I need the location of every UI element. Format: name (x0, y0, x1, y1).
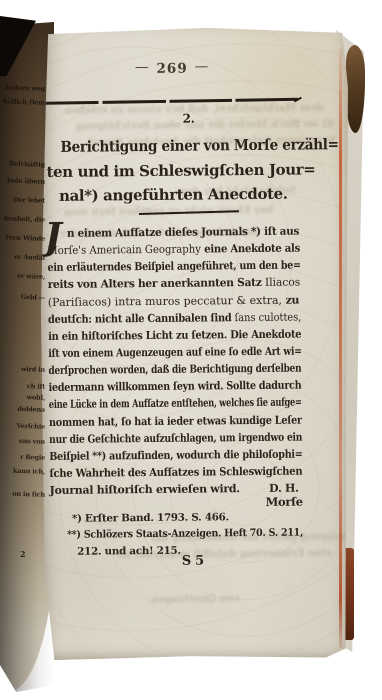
antiqua-text: (Pariſiacos) intra muros peccatur & extr… (48, 293, 282, 308)
body-line: ſche Wahrheit des Aufſatzes im Schleswig… (49, 463, 279, 482)
header-dash-left: — (128, 59, 157, 75)
section-rule (44, 98, 298, 105)
page-content: —269— 2. Berichtigung einer von Morſe er… (45, 23, 304, 661)
verso-text-fragment: Geld — (0, 292, 45, 302)
verso-text-fragment: Verſchie (0, 421, 45, 431)
fraktur-text: nommen hat, ſo hat ia ieder etwas kundig… (49, 413, 302, 428)
verso-text-fragment: doldena (0, 404, 45, 414)
heading-line: Berichtigung einer von Morſe erzähl= (46, 133, 299, 160)
verso-text-fragment: Tode übern (0, 176, 45, 186)
body-line: Beiſpiel **) aufzufinden, wodurch die ph… (49, 446, 269, 465)
fraktur-text: ein erläuterndes Beiſpiel angeführet, um… (47, 259, 300, 274)
body-text: J n einem Aufſatze dieſes Journals *) iſ… (47, 223, 303, 500)
section-number: 2. (46, 111, 299, 127)
book-page-recto: dem Marktgeſchrei, daß bey einem zu erſe… (34, 24, 348, 660)
body-line: nur die Geſchichte aufzuſchlagen, um irg… (49, 429, 260, 448)
verso-text-fragment: höflich Dem (0, 97, 45, 107)
body-line: in ein hiſtoriſches Licht zu ſetzen. Die… (48, 326, 275, 345)
fraktur-text: eine Lücke in dem Aufſatze entſtehen, we… (49, 396, 302, 411)
body-line: derſprochen worden, daß die Berichtigung… (48, 360, 253, 379)
fraktur-text: eine Anekdote als (201, 242, 300, 256)
verso-text-fragment: er Ausfäl (0, 252, 45, 262)
verso-text-fragment: Fern Winde (0, 233, 45, 243)
body-line: eine Lücke in dem Aufſatze entſtehen, we… (49, 395, 238, 414)
page-header: —269— (46, 60, 299, 78)
page-number: 269 (156, 61, 187, 77)
header-dash-right: — (188, 58, 217, 74)
body-line: nommen hat, ſo hat ia ieder etwas kundig… (49, 411, 272, 430)
verso-text-fragment: er wäre, (0, 271, 45, 281)
body-line: iſt von einem Augenzeugen auf eine ſo ed… (48, 343, 260, 362)
antiqua-text: ſans culottes, (235, 310, 302, 324)
fraktur-text: in ein hiſtoriſches Licht zu ſetzen. Die… (48, 327, 301, 342)
signature-mark: S 5 (50, 553, 303, 570)
fraktur-text: zu (282, 293, 299, 306)
verso-text-fragment: ändern weg (0, 83, 45, 93)
verso-text-fragment: r Regie (0, 452, 45, 462)
verso-text-fragment: ens von (0, 436, 45, 446)
footnote-line: **) Schlözers Staats-Anzeigen. Heft 70. … (67, 525, 284, 543)
fraktur-text: Beiſpiel **) aufzufinden, wodurch die ph… (49, 447, 302, 462)
body-line: Morſe's Americain Geography eine Anekdot… (47, 240, 279, 259)
body-line: iedermann willkommen ſeyn wird. Sollte d… (49, 377, 269, 396)
fraktur-text: n einem Aufſatze dieſes Journals *) iſt … (67, 225, 299, 240)
fore-edge-tint-line (339, 48, 342, 648)
verso-lone-mark: 2 (20, 549, 26, 559)
verso-text-fragment: kann ich, (0, 466, 45, 476)
body-line: reits von Alters her anerkannten Satz Il… (48, 274, 293, 293)
heading-rule (139, 210, 239, 215)
fraktur-text: nur die Geſchichte aufzuſchlagen, um irg… (49, 430, 302, 445)
verso-text-fragment: Beſchäftig (0, 159, 45, 169)
fraktur-text: iſt von einem Augenzeugen auf eine ſo ed… (48, 345, 302, 360)
verso-text-fragment: ch iſt (0, 381, 45, 391)
antiqua-text: Morſe's Americain Geography (47, 243, 201, 257)
chapter-heading: Berichtigung einer von Morſe erzähl=ten … (46, 133, 300, 209)
fraktur-text: deutſch: nicht alle Cannibalen ſind (48, 311, 235, 326)
verso-text-fragment: ßenheit, die (0, 214, 45, 224)
antiqua-text: Iliacos (265, 276, 300, 289)
verso-text-fragment: Der lebet (0, 195, 45, 205)
book-photograph: ändern weghöflich DemBeſchäftigTode über… (0, 0, 382, 700)
body-line: deutſch: nicht alle Cannibalen ſind ſans… (48, 308, 274, 327)
fraktur-text: iedermann willkommen ſeyn wird. Sollte d… (49, 379, 302, 394)
fraktur-text: ſche Wahrheit des Aufſatzes im Schleswig… (49, 465, 302, 480)
verso-text-fragment: on in ſich (0, 489, 45, 499)
verso-text-fragment: wird in (0, 364, 45, 374)
fraktur-text: reits von Alters her anerkannten Satz (48, 276, 265, 291)
heading-line: nal*) angeführten Anecdote. (47, 182, 300, 209)
fraktur-text: derſprochen worden, daß die Berichtigung… (48, 362, 301, 377)
body-line: ein erläuterndes Beiſpiel angeführet, um… (47, 257, 265, 276)
verso-text-fragment: wohl, (0, 392, 45, 402)
heading-line: ten und im Schleswigſchen Jour= (46, 157, 299, 184)
